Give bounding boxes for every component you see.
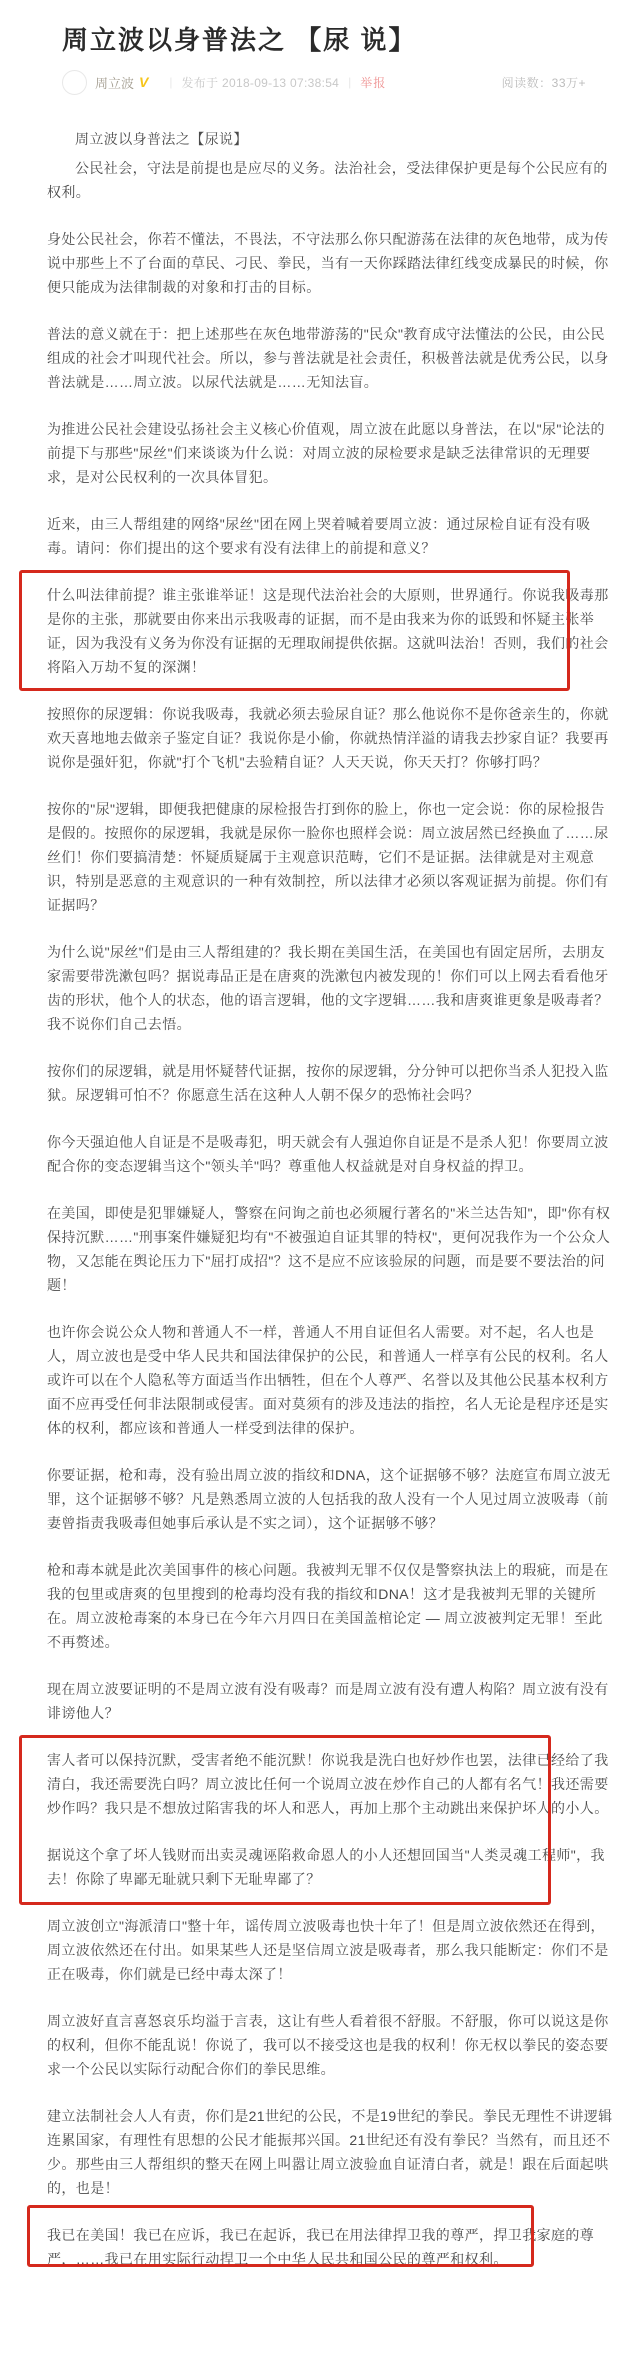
body-paragraph: 枪和毒本就是此次美国事件的核心问题。我被判无罪不仅仅是警察执法上的瑕疵，而是在我… bbox=[47, 1558, 616, 1654]
report-link[interactable]: 举报 bbox=[360, 74, 386, 91]
body-paragraph: 害人者可以保持沉默，受害者绝不能沉默！你说我是洗白也好炒作也罢，法律已经给了我清… bbox=[47, 1748, 616, 1820]
body-paragraph: 也许你会说公众人物和普通人不一样，普通人不用自证但名人需要。对不起，名人也是人，… bbox=[47, 1320, 616, 1440]
highlighted-passage-1: 什么叫法律前提？谁主张谁举证！这是现代法治社会的大原则，世界通行。你说我吸毒那是… bbox=[47, 583, 616, 679]
author-avatar[interactable] bbox=[62, 70, 87, 95]
body-paragraph: 在美国，即使是犯罪嫌疑人，警察在问询之前也必须履行著名的"米兰达告知"，即"你有… bbox=[47, 1201, 616, 1297]
body-paragraph: 身处公民社会，你若不懂法，不畏法，不守法那么你只配游荡在法律的灰色地带，成为传说… bbox=[47, 227, 616, 299]
separator: | bbox=[348, 75, 351, 89]
body-paragraph: 据说这个拿了坏人钱财而出卖灵魂诬陷救命恩人的小人还想回国当"人类灵魂工程师"，我… bbox=[47, 1843, 616, 1891]
body-paragraph: 什么叫法律前提？谁主张谁举证！这是现代法治社会的大原则，世界通行。你说我吸毒那是… bbox=[47, 583, 616, 679]
body-paragraph: 我已在美国！我已在应诉，我已在起诉，我已在用法律捍卫我的尊严，捍卫我家庭的尊严，… bbox=[47, 2223, 616, 2271]
body-paragraph: 周立波创立"海派清口"整十年，谣传周立波吸毒也快十年了！但是周立波依然还在得到，… bbox=[47, 1914, 616, 1986]
body-paragraph: 按照你的尿逻辑：你说我吸毒，我就必须去验尿自证？那么他说你不是你爸亲生的，你就欢… bbox=[47, 702, 616, 774]
body-paragraph: 周立波好直言喜怒哀乐均溢于言表，这让有些人看着很不舒服。不舒服，你可以说这是你的… bbox=[47, 2009, 616, 2081]
page-title: 周立波以身普法之 【尿 说】 bbox=[62, 20, 616, 57]
article-body: 周立波以身普法之【尿说】 公民社会，守法是前提也是应尽的义务。法治社会，受法律保… bbox=[47, 127, 616, 2271]
body-paragraph: 为推进公民社会建设弘扬社会主义核心价值观，周立波在此愿以身普法，在以"尿"论法的… bbox=[47, 417, 616, 489]
highlighted-passage-2: 害人者可以保持沉默，受害者绝不能沉默！你说我是洗白也好炒作也罢，法律已经给了我清… bbox=[47, 1748, 616, 1891]
body-paragraph: 公民社会，守法是前提也是应尽的义务。法治社会，受法律保护更是每个公民应有的权利。 bbox=[47, 156, 616, 204]
verified-badge-icon: V bbox=[139, 74, 148, 90]
body-paragraph: 为什么说"尿丝"们是由三人帮组建的？我长期在美国生活，在美国也有固定居所，去朋友… bbox=[47, 940, 616, 1036]
body-paragraph: 按你的"尿"逻辑，即便我把健康的尿检报告打到你的脸上，你也一定会说：你的尿检报告… bbox=[47, 797, 616, 917]
body-paragraph: 普法的意义就在于：把上述那些在灰色地带游荡的"民众"教育成守法懂法的公民，由公民… bbox=[47, 322, 616, 394]
highlighted-passage-3: 我已在美国！我已在应诉，我已在起诉，我已在用法律捍卫我的尊严，捍卫我家庭的尊严，… bbox=[47, 2223, 616, 2271]
body-paragraph: 建立法制社会人人有责，你们是21世纪的公民，不是19世纪的拳民。拳民无理性不讲逻… bbox=[47, 2104, 616, 2200]
read-count-value: 33万+ bbox=[552, 76, 586, 90]
body-paragraph: 你今天强迫他人自证是不是吸毒犯，明天就会有人强迫你自证是不是杀人犯！你要周立波配… bbox=[47, 1130, 616, 1178]
author-name[interactable]: 周立波 bbox=[95, 73, 134, 92]
author-row: 周立波 V | 发布于 2018-09-13 07:38:54 | 举报 阅读数… bbox=[62, 69, 616, 95]
article-page: 周立波以身普法之 【尿 说】 周立波 V | 发布于 2018-09-13 07… bbox=[0, 0, 641, 2354]
body-paragraph: 你要证据，枪和毒，没有验出周立波的指纹和DNA，这个证据够不够？法庭宣布周立波无… bbox=[47, 1463, 616, 1535]
body-paragraph: 现在周立波要证明的不是周立波有没有吸毒？而是周立波有没有遭人构陷？周立波有没有诽… bbox=[47, 1677, 616, 1725]
separator: | bbox=[169, 75, 172, 89]
publish-time: 发布于 2018-09-13 07:38:54 bbox=[181, 74, 339, 91]
read-count-label: 阅读数： bbox=[502, 76, 552, 90]
body-paragraph: 近来，由三人帮组建的网络"尿丝"团在网上哭着喊着要周立波：通过尿检自证有没有吸毒… bbox=[47, 512, 616, 560]
body-paragraph: 按你们的尿逻辑，就是用怀疑替代证据，按你的尿逻辑，分分钟可以把你当杀人犯投入监狱… bbox=[47, 1059, 616, 1107]
body-paragraph: 周立波以身普法之【尿说】 bbox=[47, 127, 616, 151]
read-count: 阅读数：33万+ bbox=[502, 74, 586, 91]
